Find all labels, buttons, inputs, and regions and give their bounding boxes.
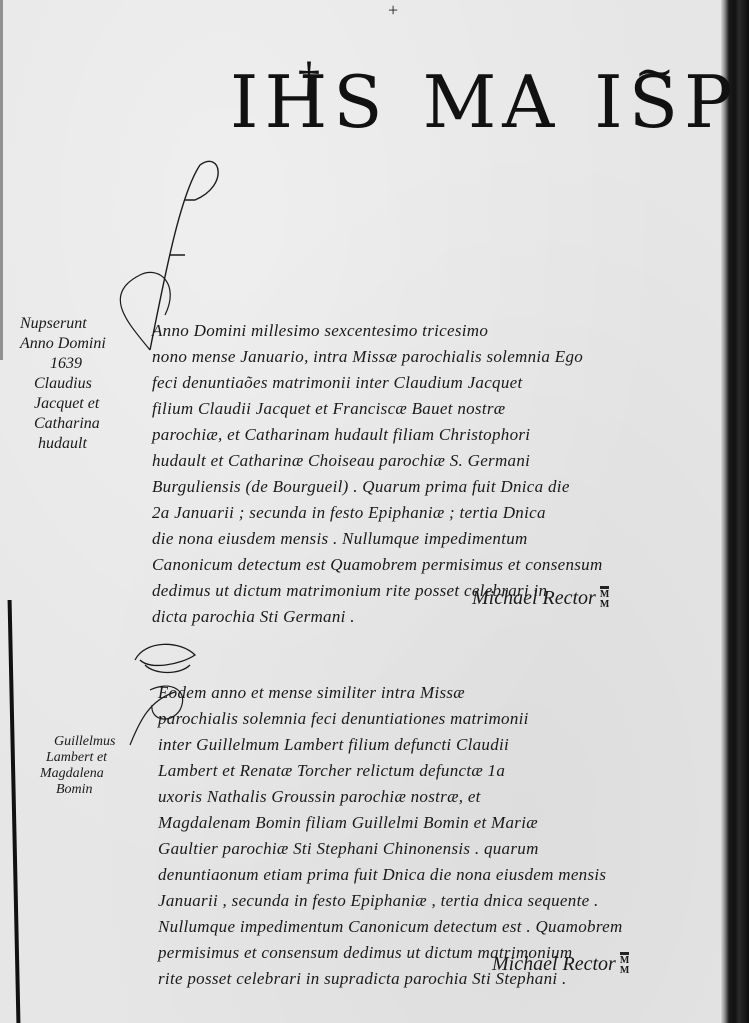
top-cross-mark: + [388, 0, 398, 21]
text-line: rite posset celebrari in supradicta paro… [158, 966, 718, 992]
text-line: Burguliensis (de Bourgueil) . Quarum pri… [152, 474, 712, 500]
text-line: Anno Domini millesimo sexcentesimo trice… [152, 318, 712, 344]
margin-name: Catharina [20, 414, 106, 434]
marian-monogram: MA [423, 66, 561, 138]
margin-rule-line [8, 600, 21, 1023]
margin-year-label: Anno Domini [20, 334, 106, 354]
margin-name: Magdalena [40, 766, 115, 782]
rector-monogram-icon: M M [620, 952, 629, 976]
text-line: Eodem anno et mense similiter intra Miss… [158, 680, 718, 706]
text-line: Lambert et Renatæ Torcher relictum defun… [158, 758, 718, 784]
text-line: Nullumque impedimentum Canonicum detectu… [158, 914, 718, 940]
margin-heading: Nupserunt [20, 314, 106, 334]
cross-icon: † [298, 58, 326, 102]
entry2-signature: Michael Rector M M [492, 952, 629, 976]
text-line: die nona eiusdem mensis . Nullumque impe… [152, 526, 712, 552]
text-line: parochiæ, et Catharinam hudault filiam C… [152, 422, 712, 448]
margin-year: 1639 [20, 354, 106, 374]
text-line: denuntiaonum etiam prima fuit Dnica die … [158, 862, 718, 888]
margin-name: Bomin [40, 782, 115, 798]
text-line: Gaultier parochiæ Sti Stephani Chinonens… [158, 836, 718, 862]
text-line: inter Guillelmum Lambert filium defuncti… [158, 732, 718, 758]
margin-name: Claudius [20, 374, 106, 394]
page-header-monograms: IHS † MA ISP ~ [230, 28, 650, 138]
margin-name: Lambert et [40, 750, 115, 766]
text-line: feci denuntiaões matrimonii inter Claudi… [152, 370, 712, 396]
margin-name: hudault [20, 434, 106, 454]
text-line: nono mense Januario, intra Missæ parochi… [152, 344, 712, 370]
text-line: Canonicum detectum est Quamobrem permisi… [152, 552, 712, 578]
text-line: permisimus et consensum dedimus ut dictu… [158, 940, 718, 966]
signature-text: Michael Rector [492, 953, 616, 976]
entry2-body-text: Eodem anno et mense similiter intra Miss… [158, 680, 718, 992]
book-binding-edge [721, 0, 749, 1023]
signature-text: Michael Rector [472, 587, 596, 610]
text-line: parochialis solemnia feci denuntiationes… [158, 706, 718, 732]
page-edge-left [0, 0, 3, 360]
ihs-christogram: IHS † [230, 66, 389, 138]
entry1-margin-note: Nupserunt Anno Domini 1639 Claudius Jacq… [20, 314, 106, 454]
text-line: uxoris Nathalis Groussin parochiæ nostræ… [158, 784, 718, 810]
isp-monogram: ISP ~ [594, 66, 738, 138]
margin-name: Guillelmus [40, 734, 115, 750]
text-line: hudault et Catharinæ Choiseau parochiæ S… [152, 448, 712, 474]
text-line: Januarii , secunda in festo Epiphaniæ , … [158, 888, 718, 914]
rector-monogram-icon: M M [600, 586, 609, 610]
text-line: Magdalenam Bomin filiam Guillelmi Bomin … [158, 810, 718, 836]
text-line: dedimus ut dictum matrimonium rite posse… [152, 578, 712, 604]
text-line: filium Claudii Jacquet et Franciscæ Baue… [152, 396, 712, 422]
entry1-body-text: Anno Domini millesimo sexcentesimo trice… [152, 318, 712, 630]
text-line: 2a Januarii ; secunda in festo Epiphaniæ… [152, 500, 712, 526]
text-line: dicta parochia Sti Germani . [152, 604, 712, 630]
tilde-mark-icon: ~ [634, 48, 680, 96]
manuscript-page: + IHS † MA ISP ~ Nupserunt Anno Domini 1… [0, 0, 749, 1023]
entry2-margin-note: Guillelmus Lambert et Magdalena Bomin [40, 734, 115, 798]
entry1-signature: Michael Rector M M [472, 586, 609, 610]
margin-name: Jacquet et [20, 394, 106, 414]
